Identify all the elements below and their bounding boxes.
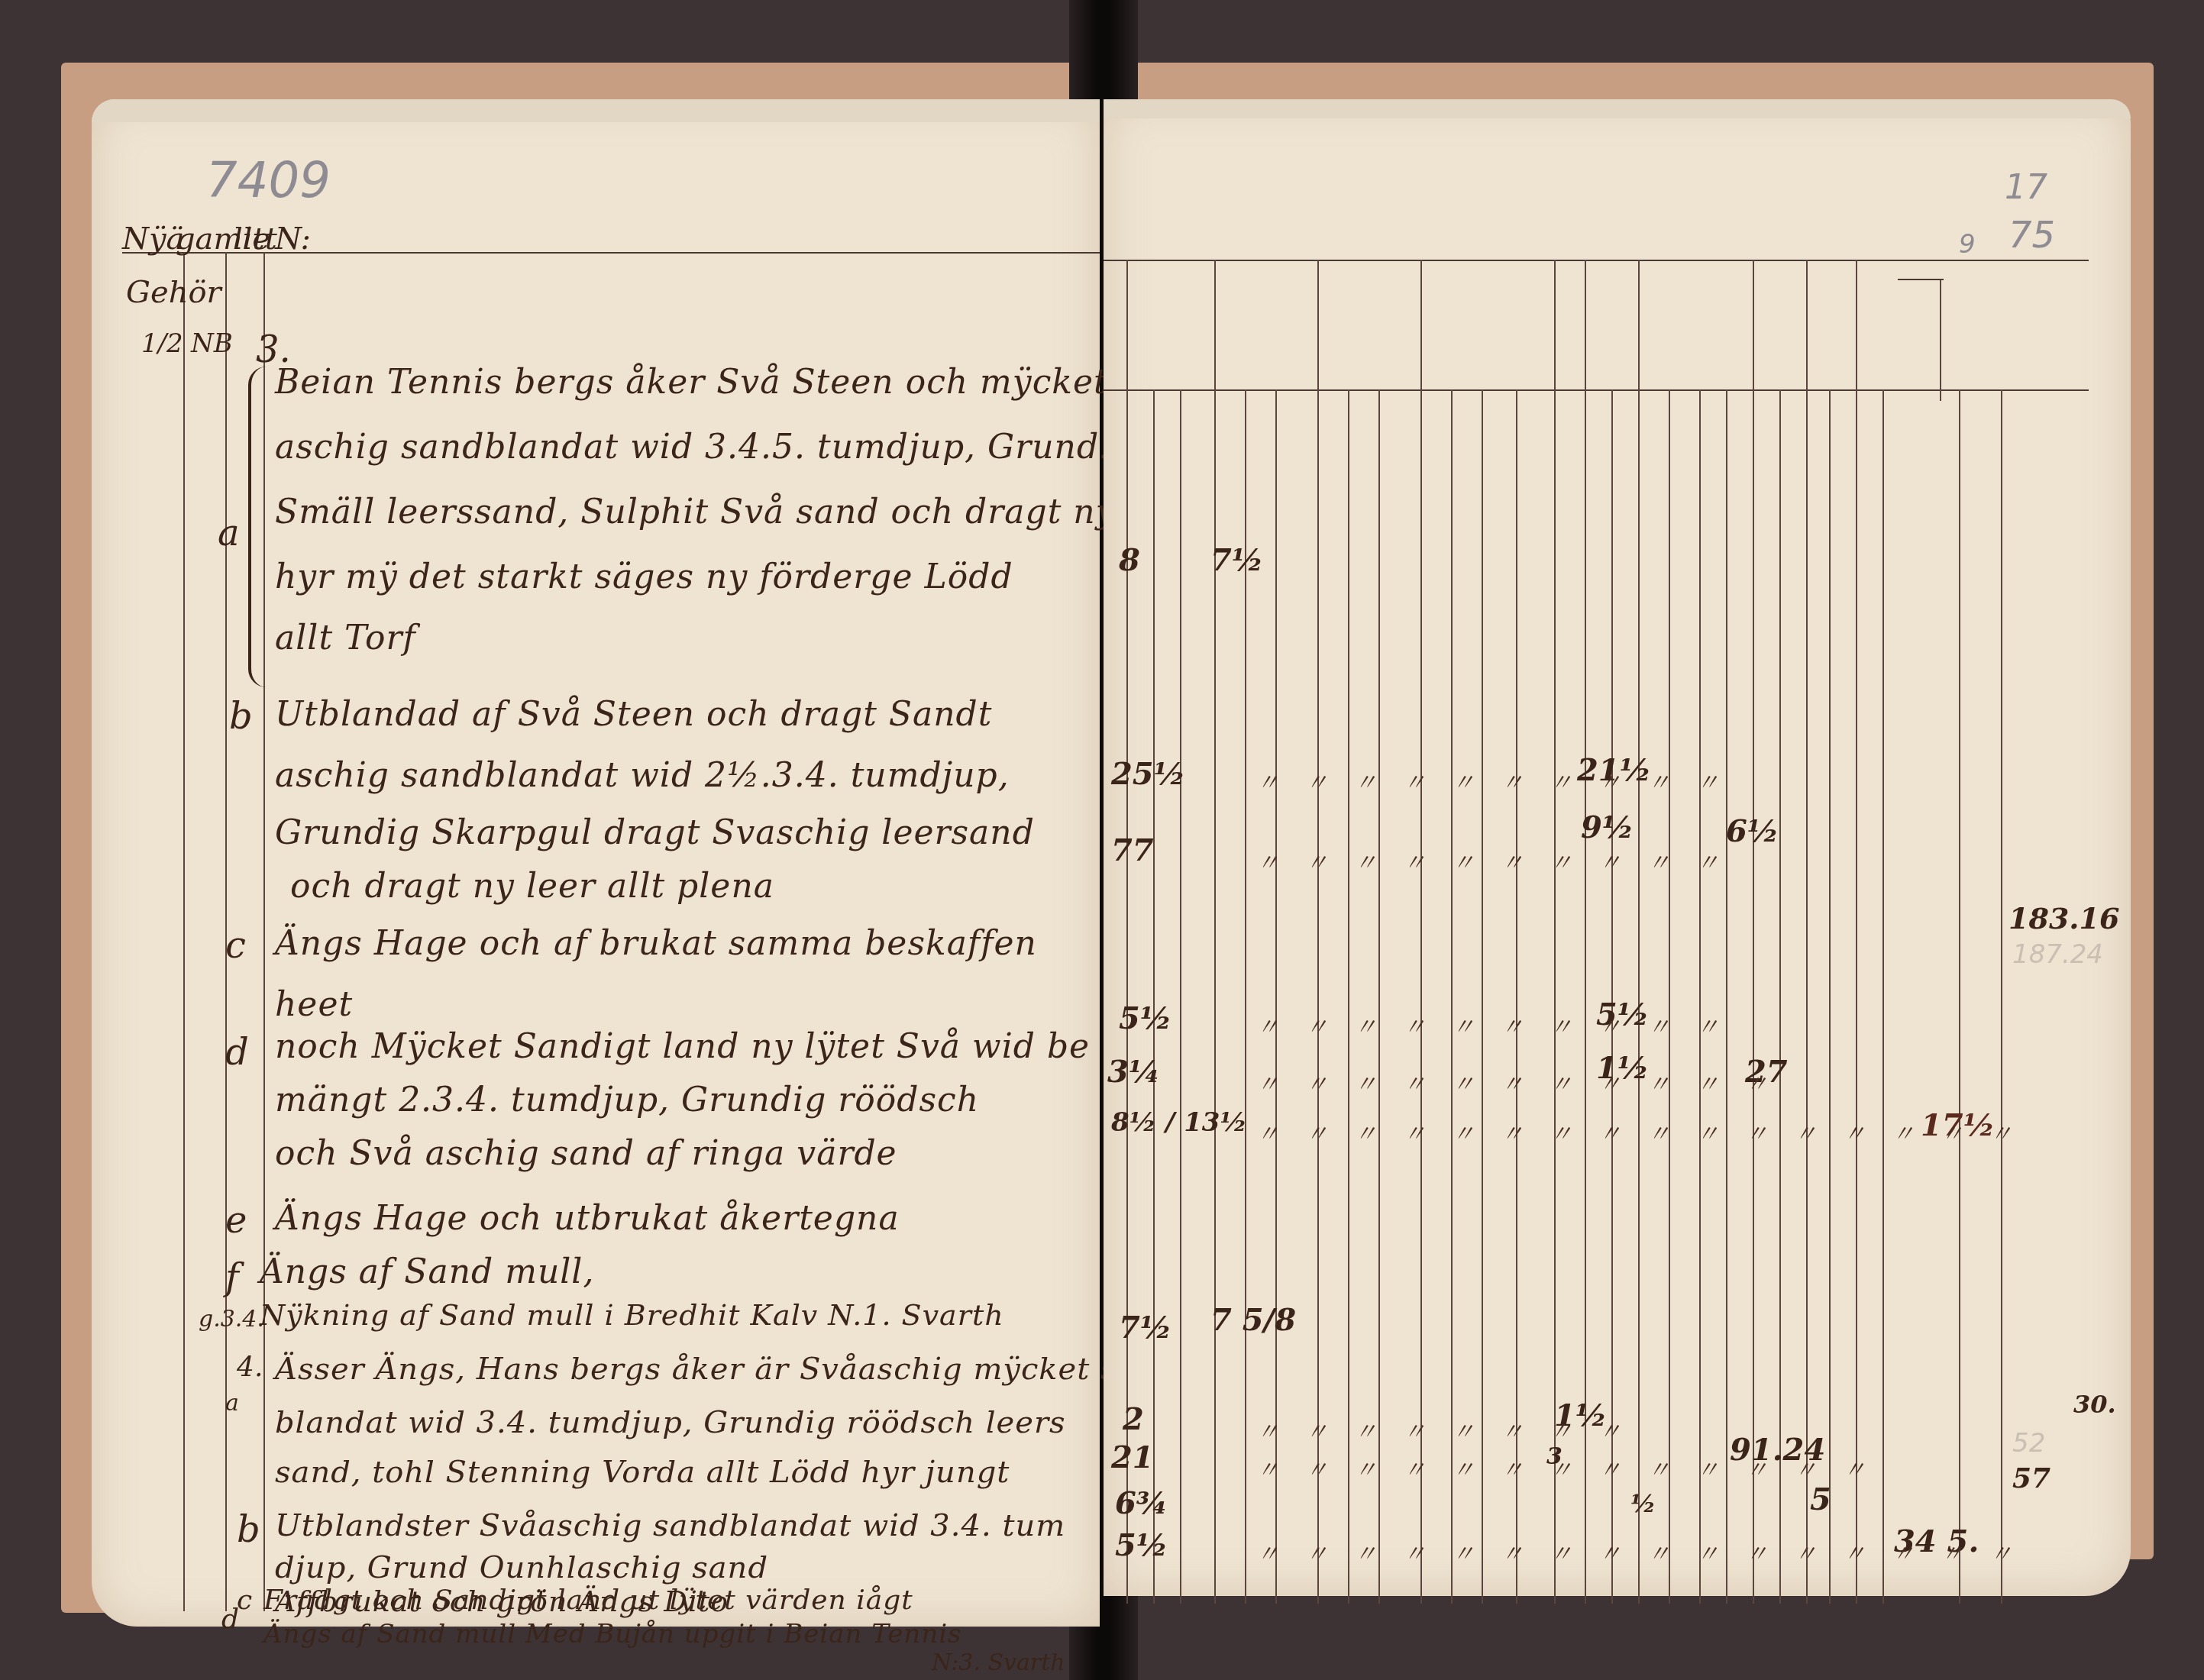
- header-nb: NB: [191, 328, 233, 359]
- entry-line: Nÿkning af Sand mull i Bredhit Kalv N.1.…: [260, 1298, 1004, 1332]
- row-first-value: 2: [1123, 1401, 1144, 1437]
- entry-line: Utblandad af Svå Steen och dragt Sandt: [275, 695, 992, 734]
- ditto-marks: 〃〃〃〃〃〃〃〃: [1256, 1413, 1647, 1446]
- column-rule: [1669, 389, 1670, 1604]
- entry-line: aschig sandblandat wid 3.4.5. tumdjup, G…: [275, 428, 1111, 467]
- entry-line: Grundig Skarpgul dragt Svaschig leersand: [275, 813, 1035, 852]
- header-fraction: 1/2: [141, 328, 183, 359]
- entry-line: Smäll leerssand, Sulphit Svå sand och dr…: [275, 493, 1197, 531]
- folio-number: 75: [2008, 214, 2055, 257]
- column-rule: [1726, 389, 1727, 1604]
- entry-letter: b: [237, 1508, 260, 1551]
- column-rule: [1882, 389, 1884, 1604]
- row-first-value: 6¾: [1115, 1485, 1168, 1521]
- header-rule: [1898, 279, 1944, 280]
- row-value: 7 5/8: [1210, 1302, 1296, 1338]
- entry-letter: f: [225, 1256, 239, 1299]
- row-first-value: 77: [1111, 832, 1154, 868]
- pencil-folio: 17: [2005, 168, 2047, 207]
- entry-letter: c: [225, 924, 246, 967]
- entry-line: och dragt ny leer allt plena: [290, 867, 774, 906]
- column-rule: [183, 252, 185, 1611]
- column-rule: [1638, 260, 1640, 1604]
- ditto-marks: 〃〃〃〃〃〃〃〃〃〃: [1256, 844, 1745, 877]
- entry-line: Fradgt och Sandigt land ut lÿtet värden …: [263, 1585, 913, 1616]
- pencil-note: 9: [1959, 229, 1976, 260]
- ditto-marks: 〃〃〃〃〃〃〃〃〃〃: [1256, 1008, 1745, 1042]
- row-value: 9½: [1581, 809, 1634, 845]
- entry-letter: d: [225, 1031, 249, 1074]
- page-edge-stack: [92, 99, 1100, 122]
- entry-line: Utblandster Svåaschig sandblandat wid 3.…: [275, 1508, 1065, 1543]
- row-first-value: 21: [1111, 1439, 1154, 1475]
- column-rule: [1753, 260, 1754, 1604]
- entry-line: blandat wid 3.4. tumdjup, Grundig röödsc…: [275, 1405, 1066, 1440]
- column-rule: [1420, 260, 1422, 1604]
- row-first-value: 8: [1119, 542, 1140, 578]
- header-col3: litt: [233, 221, 277, 257]
- entry-line: aschig sandblandat wid 2½.3.4. tumdjup,: [275, 756, 1010, 795]
- column-rule: [1856, 260, 1857, 1604]
- entry-line: allt Torf: [275, 619, 416, 657]
- ditto-marks: 〃〃〃〃〃〃〃〃〃〃〃: [1256, 1065, 1794, 1099]
- brace: [248, 367, 267, 687]
- row-first-value: 3¼: [1107, 1054, 1161, 1090]
- ditto-marks: 〃〃〃〃〃〃〃〃〃〃〃〃〃〃〃〃: [1256, 1535, 2038, 1569]
- entry-line: sand, tohl Stenning Vorda allt Lödd hyr …: [275, 1455, 1010, 1490]
- row-first-value: 5½: [1119, 1000, 1172, 1036]
- column-rule: [1779, 389, 1781, 1604]
- right-page: 17 75 9 8 7½ 25½ 21½ 77 9½ 6½ 5½ 5½ 3¼ 1…: [1104, 99, 2131, 1596]
- pencil-note: 7409: [206, 153, 331, 209]
- row-first-value: 8½ / 13½: [1111, 1107, 1247, 1138]
- entry-line: heet: [275, 985, 353, 1024]
- column-rule: [1959, 389, 1960, 1604]
- entry-line: och Svå aschig sand af ringa värde: [275, 1134, 897, 1173]
- row-value: ½: [1630, 1489, 1656, 1518]
- column-rule: [1829, 389, 1831, 1604]
- entry-letter: a: [225, 1390, 239, 1417]
- entry-line: Beian Tennis bergs åker Svå Steen och mÿ…: [275, 363, 1223, 402]
- ditto-marks: 〃〃〃〃〃〃〃〃〃〃: [1256, 764, 1745, 797]
- entry-letter: b: [229, 695, 253, 738]
- column-rule: [2001, 389, 2002, 1604]
- column-rule: [1153, 389, 1155, 1604]
- entry-letter: g.3.4.: [199, 1306, 264, 1333]
- header-rule: [1104, 260, 2089, 261]
- ditto-marks: 〃〃〃〃〃〃〃〃〃〃〃〃〃〃〃〃: [1256, 1115, 2038, 1149]
- left-page: 7409 Nÿä gamle litt N: Gehör 1/2 NB 3. a…: [92, 99, 1100, 1627]
- column-rule: [1806, 260, 1808, 1604]
- column-rule: [1180, 389, 1181, 1604]
- entry-line: noch Mÿcket Sandigt land ny lÿtet Svå wi…: [275, 1027, 1090, 1066]
- margin-total: 183.16: [2008, 901, 2119, 935]
- entry-line: djup, Grund Ounhlaschig sand: [275, 1550, 768, 1585]
- page-edge-stack: [1104, 99, 2131, 118]
- column-rule: [1317, 260, 1319, 1604]
- margin-total: 30.: [2073, 1390, 2116, 1419]
- ditto-marks: 〃〃〃〃〃〃〃〃〃〃〃〃〃: [1256, 1451, 1892, 1485]
- entry-line: Ängs Hage och af brukat samma beskaffen: [275, 924, 1037, 963]
- entry-line: Ängs Hage och utbrukat åkertegna: [275, 1199, 900, 1238]
- entry-letter: d: [221, 1604, 239, 1635]
- header-col4: N:: [275, 221, 311, 257]
- entry-letter: a: [218, 512, 240, 554]
- row-first-value: 25½: [1111, 756, 1185, 792]
- row-value: 7½: [1210, 542, 1264, 578]
- header-subheader: Gehör: [126, 275, 221, 310]
- footer-note: N:3. Svarth: [932, 1649, 1065, 1676]
- row-value: 5: [1810, 1481, 1831, 1517]
- entry-line: Ängs af Sand mull Med Bujån upgit i Beia…: [263, 1619, 961, 1649]
- entry-line: Ässer Ängs, Hans bergs åker är Svåaschig…: [275, 1352, 1177, 1387]
- entry-line: Ängs af Sand mull,: [260, 1252, 594, 1291]
- entry-line: mängt 2.3.4. tumdjup, Grundig röödsch: [275, 1081, 979, 1119]
- entry-letter: 4.: [237, 1352, 263, 1383]
- row-first-value: 5½: [1115, 1527, 1168, 1563]
- margin-total-faded: 187.24: [2012, 939, 2103, 970]
- column-rule: [1940, 279, 1941, 401]
- row-first-value: 7½: [1119, 1310, 1172, 1346]
- entry-line: hyr mÿ det starkt säges ny förderge Lödd: [275, 557, 1013, 596]
- margin-total-faded: 52: [2012, 1428, 2045, 1459]
- margin-total: 57: [2012, 1462, 2050, 1494]
- column-rule: [1699, 389, 1701, 1604]
- column-rule: [1214, 260, 1216, 1604]
- entry-letter: e: [225, 1199, 247, 1242]
